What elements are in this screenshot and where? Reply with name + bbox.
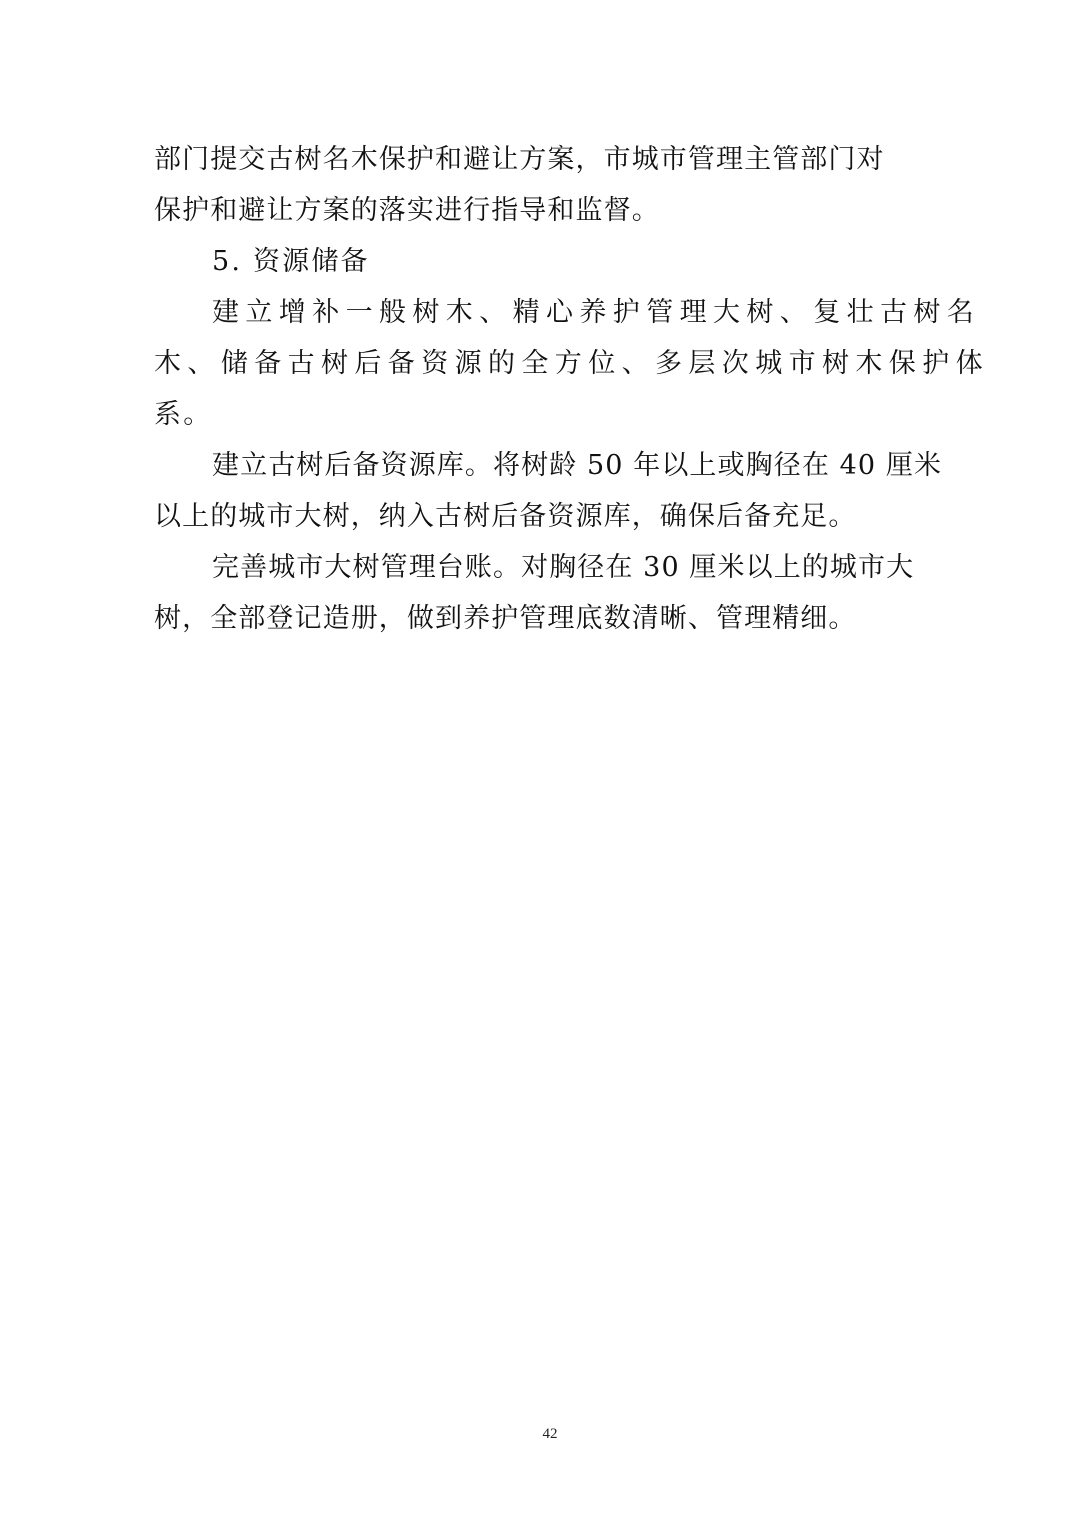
paragraph-line: 部门提交古树名木保护和避让方案，市城市管理主管部门对 xyxy=(154,142,934,178)
paragraph-line: 保护和避让方案的落实进行指导和监督。 xyxy=(154,193,934,229)
paragraph-line: 建立增补一般树木、精心养护管理大树、复壮古树名 xyxy=(212,295,934,331)
paragraph-line: 系。 xyxy=(154,397,934,433)
document-page: 部门提交古树名木保护和避让方案，市城市管理主管部门对 保护和避让方案的落实进行指… xyxy=(0,0,1074,1520)
page-number: 42 xyxy=(0,1426,1074,1443)
paragraph-line: 以上的城市大树，纳入古树后备资源库，确保后备充足。 xyxy=(154,499,934,535)
section-heading: 5. 资源储备 xyxy=(212,244,934,280)
paragraph-line: 完善城市大树管理台账。对胸径在 30 厘米以上的城市大 xyxy=(212,550,934,586)
paragraph-line: 木、储备古树后备资源的全方位、多层次城市树木保护体 xyxy=(154,346,934,382)
paragraph-line: 建立古树后备资源库。将树龄 50 年以上或胸径在 40 厘米 xyxy=(212,448,934,484)
paragraph-line: 树，全部登记造册，做到养护管理底数清晰、管理精细。 xyxy=(154,601,934,637)
